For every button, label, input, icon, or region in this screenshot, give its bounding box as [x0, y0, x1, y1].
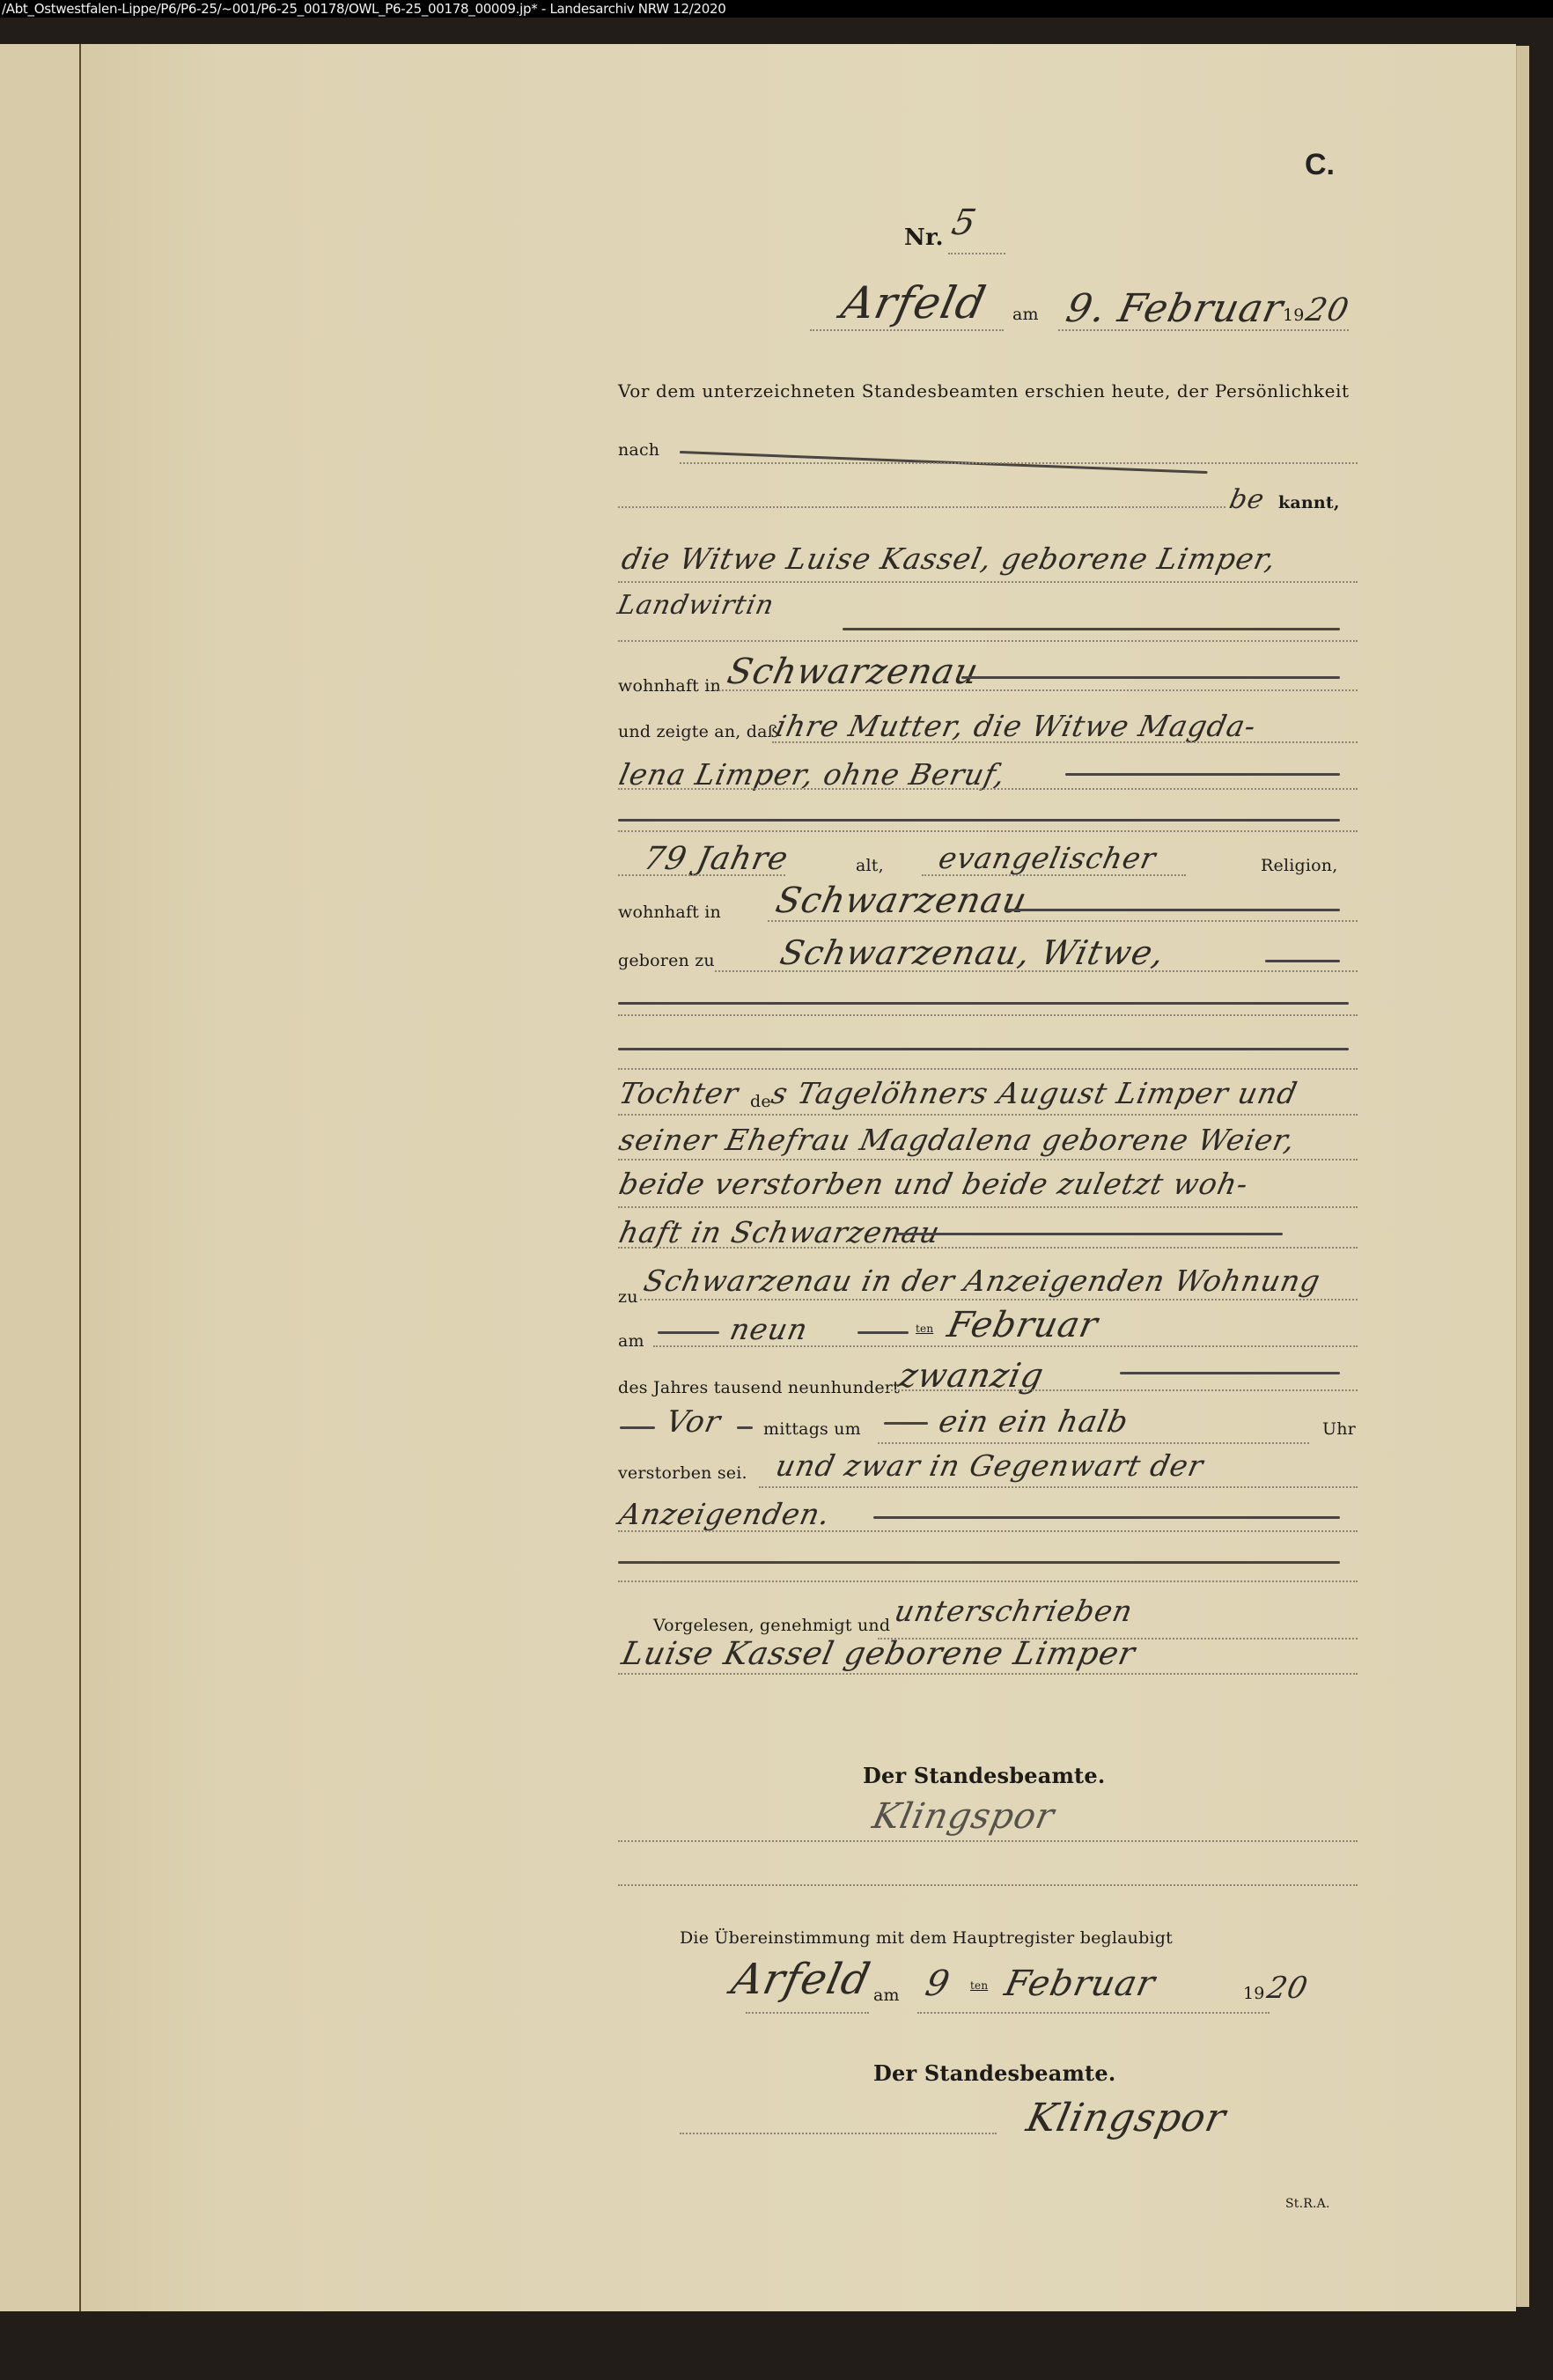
fill-rule — [1265, 960, 1340, 962]
dotted-line — [618, 1247, 1358, 1249]
death-month: Februar — [944, 1305, 1101, 1345]
uhr-label: Uhr — [1322, 1419, 1356, 1439]
cert-day: 9 — [922, 1964, 953, 2004]
dotted-line — [618, 1014, 1358, 1016]
dotted-line — [948, 253, 1005, 254]
parents-line1: s Tagelöhners August Limper und — [769, 1076, 1301, 1110]
dotted-line — [618, 1206, 1358, 1208]
age-value: 79 Jahre — [641, 841, 792, 877]
mittags-label: mittags um — [763, 1419, 861, 1439]
year-suffix: 20 — [1303, 292, 1353, 328]
dotted-line — [680, 2133, 997, 2134]
dotted-line — [1058, 329, 1349, 331]
informant-line2: Landwirtin — [615, 590, 776, 621]
dotted-line — [618, 1840, 1358, 1842]
death-place: Schwarzenau in der Anzeigenden Wohnung — [641, 1264, 1324, 1298]
date-handwritten: 9. Februar — [1063, 286, 1288, 331]
remark-line1: und zwar in Gegenwart der — [773, 1448, 1207, 1483]
dotted-line — [878, 1442, 1309, 1444]
dotted-line — [618, 874, 785, 876]
fill-rule — [618, 1048, 1349, 1050]
record-number: 5 — [948, 203, 980, 243]
am-label: am — [1012, 305, 1039, 324]
fill-rule — [843, 628, 1340, 630]
dotted-line — [618, 640, 1358, 642]
fill-rule — [618, 1561, 1340, 1564]
nach-label: nach — [618, 440, 659, 460]
wohnhaft-label-2: wohnhaft in — [618, 903, 721, 922]
dotted-line — [618, 506, 1225, 508]
informant-residence: Schwarzenau — [724, 652, 983, 692]
dotted-line — [618, 1884, 1358, 1886]
dotted-line — [810, 329, 1004, 331]
dotted-line — [746, 2012, 869, 2014]
dotted-line — [618, 1673, 1358, 1675]
bekannt-print: kannt, — [1278, 493, 1340, 512]
death-day: neun — [727, 1312, 812, 1346]
dotted-line — [759, 1486, 1358, 1488]
registrar-signature: Klingspor — [869, 1796, 1058, 1837]
cert-year-suffix: 20 — [1264, 1971, 1312, 2006]
deceased-residence: Schwarzenau — [772, 881, 1031, 921]
fill-rule — [1120, 1372, 1340, 1374]
zeigte-label: und zeigte an, daß — [618, 722, 779, 741]
fill-rule — [873, 1516, 1340, 1519]
fill-rule — [1065, 773, 1340, 776]
dotted-line — [772, 741, 1358, 743]
wohnhaft-label: wohnhaft in — [618, 676, 721, 696]
dotted-line — [618, 1159, 1358, 1161]
viewer-title-bar: /Abt_Ostwestfalen-Lippe/P6/P6-25/~001/P6… — [0, 0, 1553, 18]
parents-line2: seiner Ehefrau Magdalena geborene Weier, — [616, 1123, 1299, 1157]
deceased-line2: lena Limper, ohne Beruf, — [616, 757, 1009, 792]
registrar-signature-2: Klingspor — [1023, 2096, 1231, 2141]
dotted-line — [887, 1389, 1358, 1391]
number-label: Nr. — [904, 225, 944, 251]
zu-label: zu — [618, 1287, 638, 1307]
dotted-line — [922, 874, 1186, 876]
fill-rule — [895, 1233, 1283, 1235]
dotted-line — [618, 1530, 1358, 1532]
register-page: C. Nr. 5 Arfeld am 9. Februar 19 20 Vor … — [81, 44, 1516, 2311]
printer-mark: St.R.A. — [1285, 2197, 1330, 2211]
ten-label: ten — [916, 1323, 933, 1335]
dotted-line — [618, 788, 1358, 790]
cert-month: Februar — [1001, 1964, 1159, 2004]
cert-am-label: am — [873, 1986, 900, 2005]
alt-label: alt, — [856, 856, 884, 875]
form-letter: C. — [1305, 148, 1335, 182]
dotted-line — [715, 970, 1358, 972]
cert-place: Arfeld — [727, 1955, 875, 2004]
informant-line1: die Witwe Luise Kassel, geborene Limper, — [619, 542, 1280, 576]
year-prefix: 19 — [1283, 306, 1305, 325]
left-facing-page — [0, 44, 81, 2311]
dotted-line — [618, 1114, 1358, 1116]
cert-year-prefix: 19 — [1243, 1984, 1265, 2003]
bekannt-hand: be — [1226, 484, 1267, 515]
dotted-line — [653, 1345, 1358, 1347]
religion-label: Religion, — [1261, 856, 1337, 875]
deceased-line1: ihre Mutter, die Witwe Magda- — [773, 709, 1260, 743]
fill-rule — [618, 1002, 1349, 1005]
am-label-2: am — [618, 1331, 644, 1351]
fill-rule — [857, 1331, 909, 1334]
geboren-label: geboren zu — [618, 951, 715, 970]
unterschrieben: unterschrieben — [892, 1594, 1137, 1628]
page-edge — [1516, 46, 1529, 2307]
dotted-line — [618, 1068, 1358, 1070]
dotted-line — [618, 1581, 1358, 1582]
dotted-line — [715, 689, 1358, 691]
fill-rule — [658, 1331, 719, 1334]
fill-rule — [618, 819, 1340, 822]
dotted-line — [680, 462, 1358, 464]
dotted-line — [618, 581, 1358, 583]
vor-handwritten: Vor — [663, 1404, 725, 1440]
parents-line1-tochter: Tochter — [616, 1076, 742, 1110]
religion-value: evangelischer — [936, 841, 1159, 875]
registrar-label-2: Der Standesbeamte. — [873, 2060, 1115, 2086]
remark-line2: Anzeigenden. — [616, 1497, 834, 1531]
certification-label: Die Übereinstimmung mit dem Hauptregiste… — [680, 1928, 1173, 1948]
fill-rule — [1005, 909, 1340, 911]
verstorben-label: verstorben sei. — [618, 1463, 747, 1483]
fill-rule — [737, 1426, 753, 1429]
cert-ten-label: ten — [970, 1979, 988, 1992]
parents-line4: haft in Schwarzenau — [616, 1215, 944, 1249]
jahres-label: des Jahres tausend neunhundert — [618, 1378, 900, 1397]
file-path-title: /Abt_Ostwestfalen-Lippe/P6/P6-25/~001/P6… — [2, 1, 725, 17]
parents-line3: beide verstorben und beide zuletzt woh- — [616, 1167, 1252, 1201]
dotted-line — [917, 2012, 1270, 2014]
death-time: ein ein halb — [936, 1404, 1132, 1440]
fill-rule — [961, 676, 1340, 679]
intro-text: Vor dem unterzeichneten Standesbeamten e… — [618, 380, 1350, 402]
registrar-label: Der Standesbeamte. — [863, 1763, 1105, 1788]
vorgelesen-label: Vorgelesen, genehmigt und — [653, 1616, 890, 1635]
fill-rule — [620, 1426, 655, 1429]
dotted-line — [768, 920, 1358, 922]
dotted-line — [640, 1299, 1358, 1301]
dotted-line — [618, 830, 1358, 832]
informant-signature: Luise Kassel geborene Limper — [619, 1636, 1139, 1672]
place-handwritten: Arfeld — [837, 277, 990, 328]
birthplace: Schwarzenau, Witwe, — [776, 933, 1168, 972]
fill-rule — [884, 1422, 928, 1425]
